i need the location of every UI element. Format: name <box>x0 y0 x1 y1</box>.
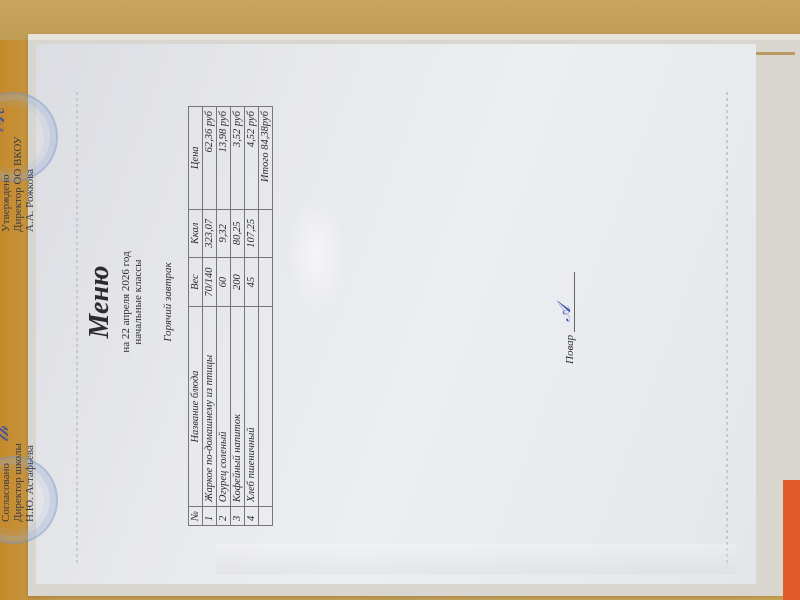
approval-left: Согласовано Директор школы Н.Ю. Астафьев… <box>0 443 36 522</box>
dish-weight: 70/140 <box>203 258 217 307</box>
table-row: 2Огурец соленый609,3213,98 руб <box>217 107 231 526</box>
dish-weight: 200 <box>231 258 245 307</box>
table-row: 4Хлеб пшеничный45107,254,52 руб <box>245 107 259 526</box>
row-number: 4 <box>245 507 259 526</box>
page-title: Меню <box>84 42 116 562</box>
dish-weight: 60 <box>217 258 231 307</box>
dish-kcal: 80,25 <box>231 209 245 258</box>
col-dish: Название блюда <box>189 307 203 507</box>
dish-kcal: 9,32 <box>217 209 231 258</box>
dish-price: 4,52 руб <box>245 107 259 210</box>
cook-signature-line <box>574 272 575 332</box>
row-number: 2 <box>217 507 231 526</box>
row-number: 1 <box>203 507 217 526</box>
approval-right: Утверждено Директор ОО ВКОУ А.А. Рожкова <box>0 136 36 232</box>
col-weight: Вес <box>189 258 203 307</box>
dish-name: Кофейный напиток <box>231 307 245 507</box>
dish-name: Жаркое по-домашнему из птицы <box>203 307 217 507</box>
dish-price: 3,52 руб <box>231 107 245 210</box>
menu-document: Согласовано Директор школы Н.Ю. Астафьев… <box>0 42 666 562</box>
total-price: Итого 84,38руб <box>259 107 273 210</box>
meal-heading: Горячий завтрак <box>162 42 174 562</box>
total-row: Итого 84,38руб <box>259 107 273 526</box>
signature-icon: 𝒜 <box>554 305 575 322</box>
dish-price: 13,98 руб <box>217 107 231 210</box>
red-tab <box>783 480 800 600</box>
dish-name: Огурец соленый <box>217 307 231 507</box>
dish-kcal: 323,07 <box>203 209 217 258</box>
dish-kcal: 107,25 <box>245 209 259 258</box>
table-header-row: № Название блюда Вес Ккал Цена <box>189 107 203 526</box>
dish-name: Хлеб пшеничный <box>245 307 259 507</box>
signature-icon: 𝒜ℓ <box>0 107 9 132</box>
table-row: 3Кофейный напиток20080,253,52 руб <box>231 107 245 526</box>
col-price: Цена <box>189 107 203 210</box>
dish-weight: 45 <box>245 258 259 307</box>
table-row: 1Жаркое по-домашнему из птицы70/140323,0… <box>203 107 217 526</box>
col-number: № <box>189 507 203 526</box>
menu-table: № Название блюда Вес Ккал Цена 1Жаркое п… <box>188 106 273 526</box>
dish-price: 62,36 руб <box>203 107 217 210</box>
row-number: 3 <box>231 507 245 526</box>
date-subtitle: на 22 апреля 2026 год начальные классы <box>120 42 144 562</box>
perforation-right <box>726 92 728 564</box>
signature-icon: 𝓁𝒽 <box>0 426 13 442</box>
col-kcal: Ккал <box>189 209 203 258</box>
cook-label: Повар <box>564 335 576 364</box>
